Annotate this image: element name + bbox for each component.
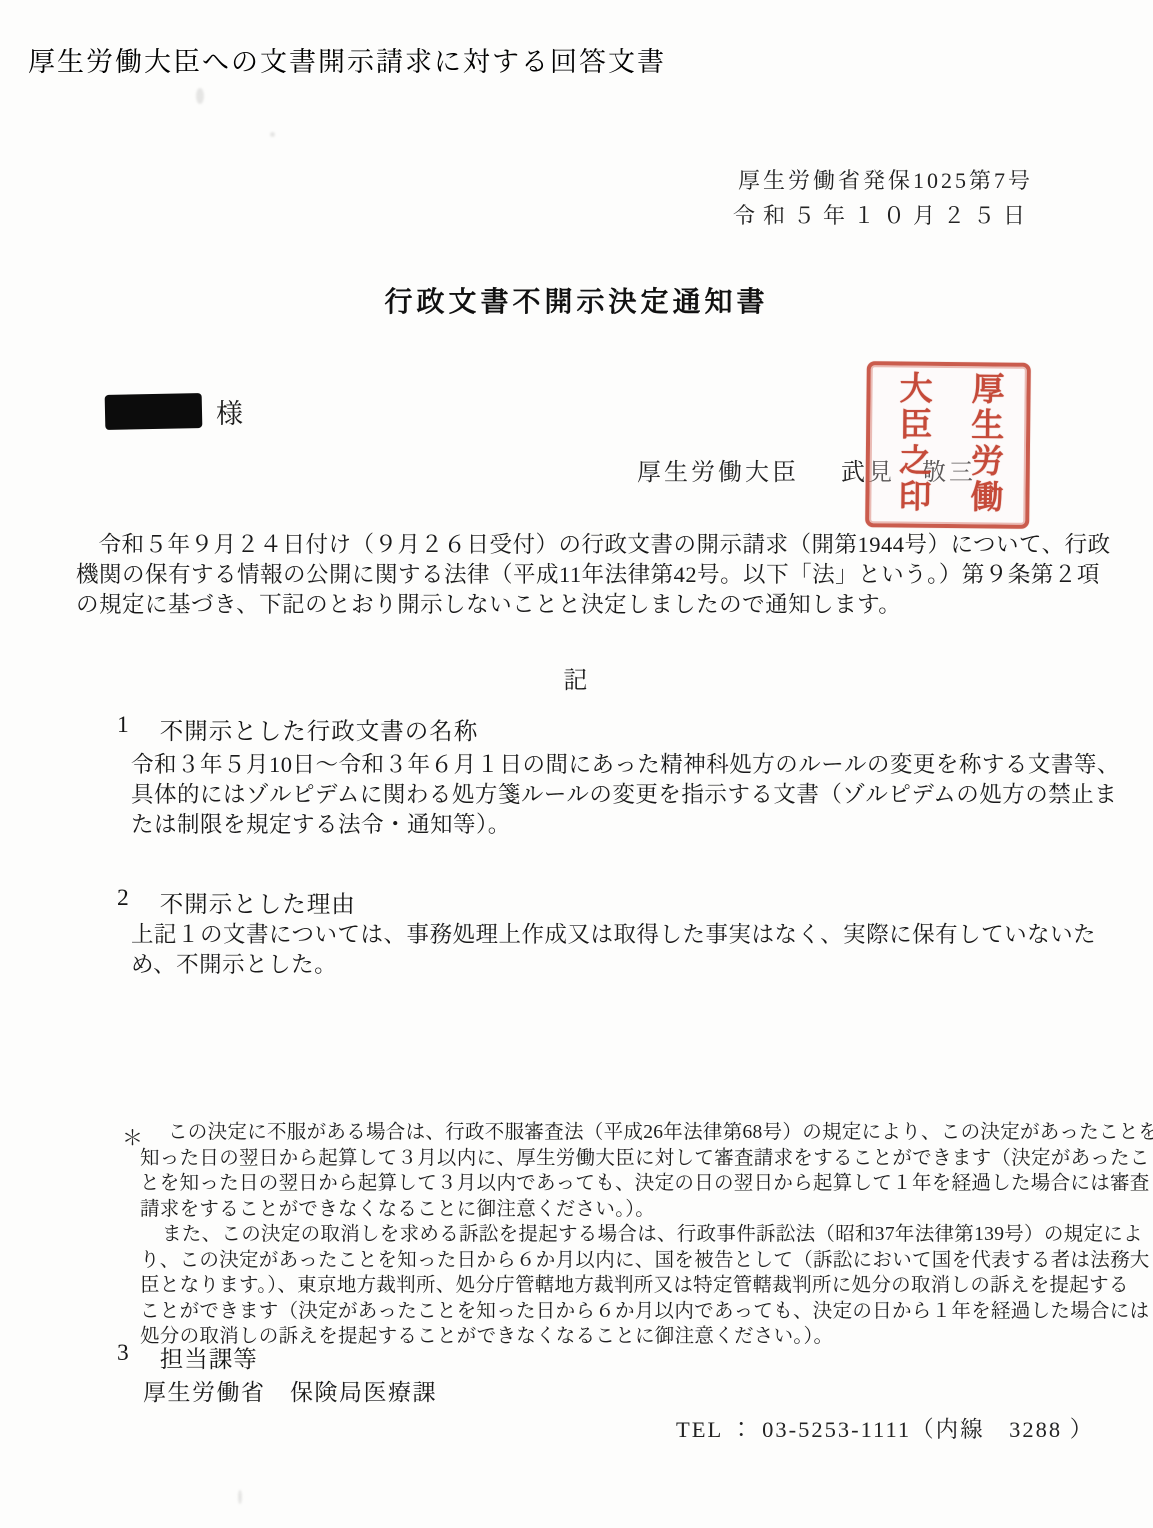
minister-title: 厚生労働大臣 (637, 452, 799, 487)
body-line: 機関の保有する情報の公開に関する法律（平成11年法律第42号。以下「法」という。… (76, 560, 1086, 590)
scan-artifact (270, 132, 275, 137)
section-body-line: め、不開示とした。 (131, 950, 1096, 980)
note-line: また、この決定の取消しを求める訴訟を提起する場合は、行政事件訴訟法（昭和37年法… (140, 1222, 1065, 1248)
section-heading-text: 不開示とした理由 (160, 885, 356, 919)
section-heading-text: 不開示とした行政文書の名称 (160, 712, 479, 746)
note-line: この決定に不服がある場合は、行政不服審査法（平成26年法律第68号）の規定により… (140, 1120, 1065, 1146)
section-2-body: 上記１の文書については、事務処理上作成又は取得した事実はなく、実際に保有していな… (131, 920, 1096, 980)
note-line: 臣となります。）、東京地方裁判所、処分庁管轄地方裁判所又は特定管轄裁判所に処分の… (140, 1273, 1065, 1299)
note-line: 知った日の翌日から起算して３月以内に、厚生労働大臣に対して審査請求をすることがで… (140, 1146, 1065, 1172)
scanned-document-page: 厚生労働大臣への文書開示請求に対する回答文書 厚生労働省発保1025第7号 令和… (0, 0, 1153, 1528)
note-line: り、この決定があったことを知った日から６か月以内に、国を被告として（訴訟において… (140, 1248, 1065, 1274)
section-1-body: 令和３年５月10日～令和３年６月１日の間にあった精神科処方のルールの変更を称する… (131, 750, 1120, 840)
addressee-line: 様 (105, 392, 245, 431)
record-marker: 記 (0, 660, 1153, 695)
scan-artifact (196, 88, 204, 104)
note-line: 処分の取消しの訴えを提起することができなくなることに御注意ください。）。 (140, 1324, 1065, 1350)
section-3-heading: 3 担当課等 (117, 1340, 258, 1374)
section-body-line: たは制限を規定する法令・通知等）。 (131, 810, 1120, 840)
document-number: 厚生労働省発保1025第7号 (733, 164, 1033, 198)
scan-artifact (238, 1490, 242, 1504)
section-heading-text: 担当課等 (160, 1340, 258, 1374)
body-paragraph: 令和５年９月２４日付け（９月２６日受付）の行政文書の開示請求（開第1944号）に… (76, 530, 1086, 620)
annotation-title: 厚生労働大臣への文書開示請求に対する回答文書 (28, 40, 666, 79)
section-body-line: 上記１の文書については、事務処理上作成又は取得した事実はなく、実際に保有していな… (131, 920, 1096, 950)
appeal-note: この決定に不服がある場合は、行政不服審査法（平成26年法律第68号）の規定により… (140, 1120, 1065, 1350)
body-line: の規定に基づき、下記のとおり開示しないことと決定しましたので通知します。 (76, 590, 1086, 620)
official-seal-stamp: 厚生労働大臣之印 (865, 361, 1031, 529)
section-3-body: 厚生労働省 保険局医療課 (143, 1378, 437, 1408)
section-body-line: 令和３年５月10日～令和３年６月１日の間にあった精神科処方のルールの変更を称する… (131, 750, 1120, 780)
note-line: とを知った日の翌日から起算して３月以内であっても、決定の日の翌日から起算して１年… (140, 1171, 1065, 1197)
section-body-line: 具体的にはゾルピデムに関わる処方箋ルールの変更を指示する文書（ゾルピデムの処方の… (131, 780, 1120, 810)
note-line: ことができます（決定があったことを知った日から６か月以内であっても、決定の日から… (140, 1299, 1065, 1325)
note-line: 請求をすることができなくなることに御注意ください。）。 (140, 1197, 1065, 1223)
seal-text: 厚生労働大臣之印 (875, 370, 1021, 519)
tel-contact-line: TEL ： 03-5253-1111（内線 3288 ） (676, 1412, 1094, 1444)
letterhead: 厚生労働省発保1025第7号 令和５年１０月２５日 (733, 164, 1033, 234)
section-number: 1 (117, 712, 130, 746)
department-line: 厚生労働省 保険局医療課 (143, 1378, 437, 1408)
redacted-name-box (105, 393, 203, 430)
body-line: 令和５年９月２４日付け（９月２６日受付）の行政文書の開示請求（開第1944号）に… (76, 530, 1086, 560)
section-2-heading: 2 不開示とした理由 (117, 885, 356, 919)
section-number: 3 (117, 1340, 130, 1374)
section-number: 2 (117, 885, 130, 919)
document-title: 行政文書不開示決定通知書 (0, 280, 1153, 320)
section-1-heading: 1 不開示とした行政文書の名称 (117, 712, 478, 746)
document-date: 令和５年１０月２５日 (733, 198, 1033, 234)
addressee-honorific: 様 (216, 392, 245, 431)
